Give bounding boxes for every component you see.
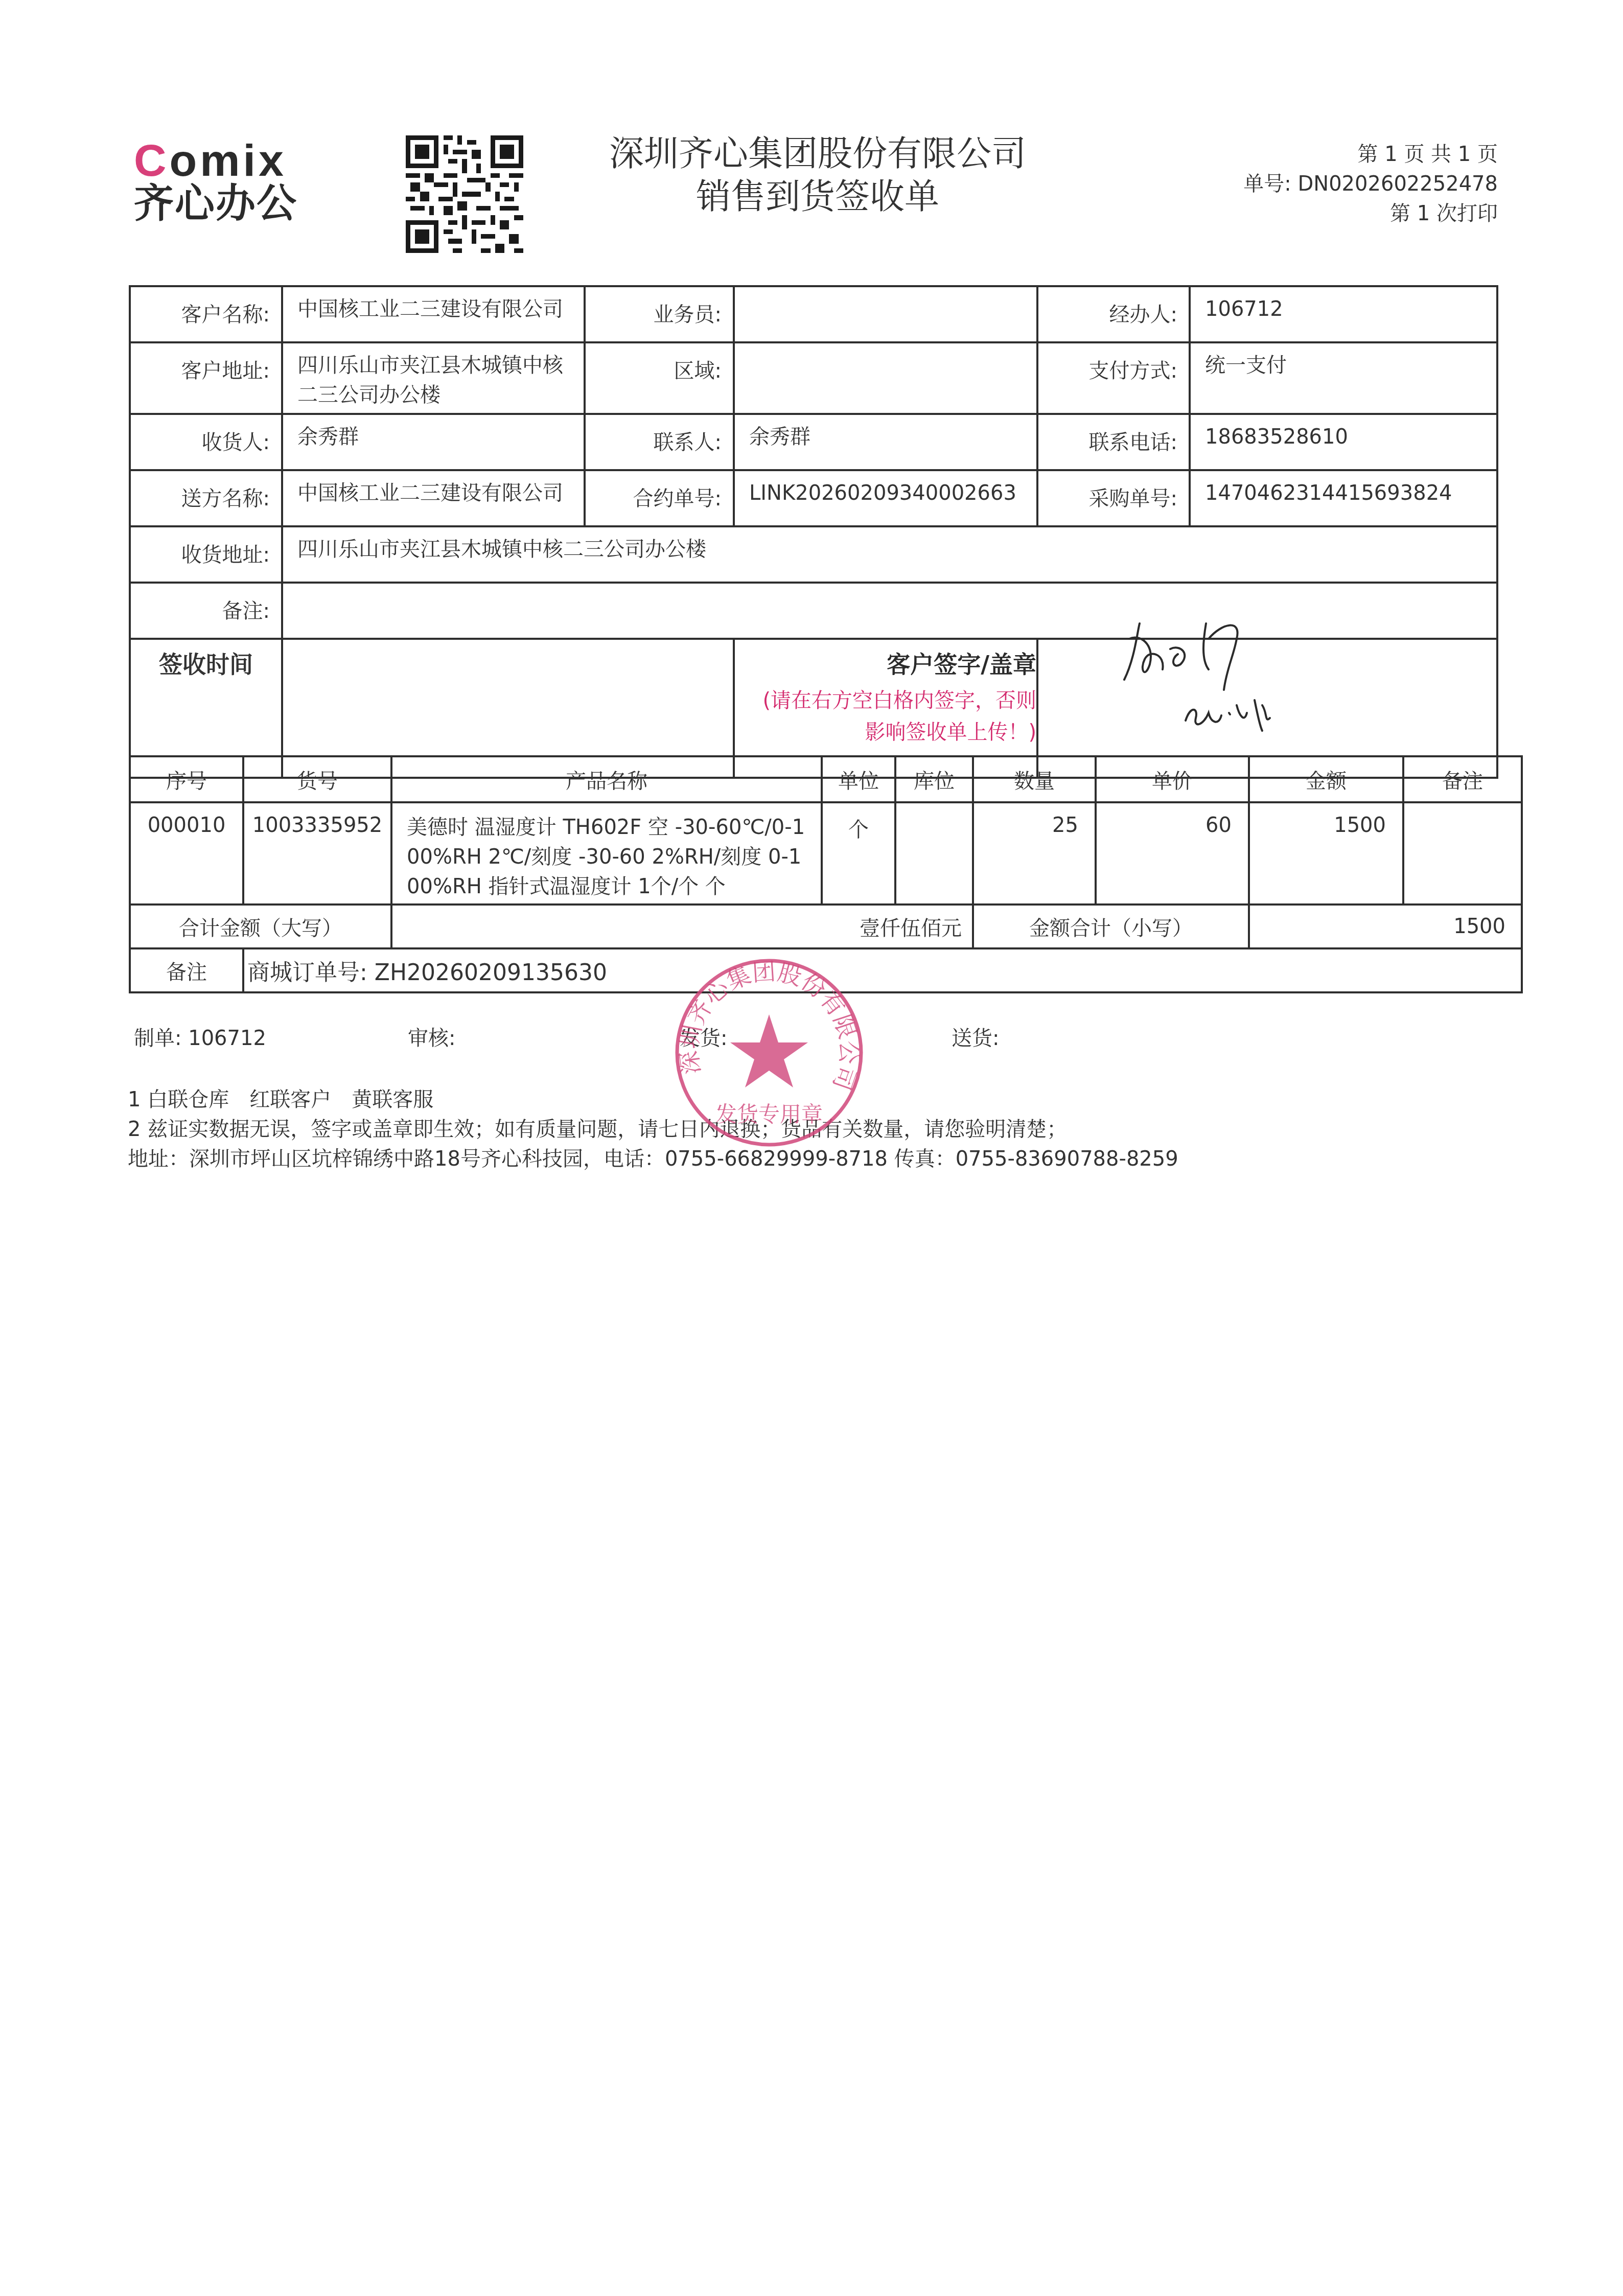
item-remark xyxy=(1403,802,1522,905)
maker-label: 制单: xyxy=(134,1027,181,1050)
column-header-remark: 备注 xyxy=(1403,756,1522,802)
maker-value: 106712 xyxy=(188,1027,266,1050)
column-header-seq: 序号 xyxy=(130,756,243,802)
item-amount: 1500 xyxy=(1249,802,1403,905)
logo-brand-text: omix xyxy=(170,135,287,185)
page-info: 第 1 页 共 1 页 xyxy=(1358,144,1498,165)
company-address: 地址：深圳市坪山区坑梓锦绣中路18号齐心科技园，电话：0755-66829999… xyxy=(128,1149,1178,1169)
order-number-value: DN0202602252478 xyxy=(1297,172,1498,196)
total-upper-value: 壹仟伍佰元 xyxy=(391,905,973,948)
salesperson-label: 业务员: xyxy=(585,286,734,342)
customer-sign-label: 客户签字/盖章 xyxy=(745,646,1036,680)
column-header-sku: 货号 xyxy=(243,756,391,802)
sender-label: 送方名称: xyxy=(130,470,282,526)
column-header-quantity: 数量 xyxy=(973,756,1096,802)
copy-distribution-note: 1 白联仓库 红联客户 黄联客服 xyxy=(128,1089,433,1110)
region-value xyxy=(734,342,1037,414)
contract-no-value: LINK20260209340002663 xyxy=(734,470,1037,526)
svg-text:发货专用章: 发货专用章 xyxy=(715,1102,823,1127)
order-remark-label: 备注 xyxy=(130,948,243,992)
print-count: 第 1 次打印 xyxy=(1390,203,1498,224)
remark-label: 备注: xyxy=(130,583,282,639)
logo-cn-text: 齐心办公 xyxy=(134,184,297,224)
document-title: 销售到货签收单 xyxy=(562,180,1073,215)
total-lower-value: 1500 xyxy=(1249,905,1522,948)
table-row: 收货人: 余秀群 联系人: 余秀群 联系电话: 18683528610 xyxy=(130,414,1497,470)
validity-note: 2 兹证实数据无误，签字或盖章即生效；如有质量问题，请七日内退换；货品有关数量，… xyxy=(128,1119,1067,1140)
region-label: 区域: xyxy=(585,342,734,414)
signature-icon xyxy=(1109,603,1375,741)
company-name: 深圳齐心集团股份有限公司 xyxy=(562,137,1073,172)
deliver-label: 送货: xyxy=(952,1028,999,1049)
logo-initial: C xyxy=(134,135,170,185)
column-header-product-name: 产品名称 xyxy=(391,756,822,802)
total-upper-label: 合计金额（大写） xyxy=(130,905,391,948)
table-row: 000010 1003335952 美德时 温湿度计 TH602F 空 -30-… xyxy=(130,802,1522,905)
customer-address-value: 四川乐山市夹江县木城镇中核二三公司办公楼 xyxy=(282,342,585,414)
order-number: 单号: DN0202602252478 xyxy=(1243,174,1498,194)
totals-row: 合计金额（大写） 壹仟伍佰元 金额合计（小写） 1500 xyxy=(130,905,1522,948)
customer-address-label: 客户地址: xyxy=(130,342,282,414)
purchase-no-value: 1470462314415693824 xyxy=(1190,470,1497,526)
column-header-unit: 单位 xyxy=(822,756,895,802)
delivery-address-label: 收货地址: xyxy=(130,526,282,583)
table-header-row: 序号 货号 产品名称 单位 库位 数量 单价 金额 备注 xyxy=(130,756,1522,802)
handler-value: 106712 xyxy=(1190,286,1497,342)
payment-method-label: 支付方式: xyxy=(1037,342,1190,414)
comix-logo: Comix xyxy=(134,138,287,183)
table-row: 客户名称: 中国核工业二三建设有限公司 业务员: 经办人: 106712 xyxy=(130,286,1497,342)
mall-order-number: 商城订单号: ZH20260209135630 xyxy=(243,948,1522,992)
phone-value: 18683528610 xyxy=(1190,414,1497,470)
salesperson-value xyxy=(734,286,1037,342)
table-row: 客户地址: 四川乐山市夹江县木城镇中核二三公司办公楼 区域: 支付方式: 统一支… xyxy=(130,342,1497,414)
item-unit: 个 xyxy=(822,802,895,905)
customer-name-label: 客户名称: xyxy=(130,286,282,342)
contract-no-label: 合约单号: xyxy=(585,470,734,526)
sign-instruction: (请在右方空白格内签字，否则影响签收单上传！) xyxy=(745,685,1036,748)
payment-method-value: 统一支付 xyxy=(1190,342,1497,414)
receiver-label: 收货人: xyxy=(130,414,282,470)
item-unit-price: 60 xyxy=(1096,802,1249,905)
sender-value: 中国核工业二三建设有限公司 xyxy=(282,470,585,526)
table-row: 收货地址: 四川乐山市夹江县木城镇中核二三公司办公楼 xyxy=(130,526,1497,583)
order-number-label: 单号: xyxy=(1243,172,1291,196)
company-stamp-icon: 深圳齐心集团股份有限公司 发货专用章 xyxy=(667,950,871,1155)
item-seq: 000010 xyxy=(130,802,243,905)
item-location xyxy=(895,802,973,905)
customer-name-value: 中国核工业二三建设有限公司 xyxy=(282,286,585,342)
item-quantity: 25 xyxy=(973,802,1096,905)
maker: 制单: 106712 xyxy=(134,1028,266,1049)
delivery-address-value: 四川乐山市夹江县木城镇中核二三公司办公楼 xyxy=(282,526,1497,583)
column-header-amount: 金额 xyxy=(1249,756,1403,802)
column-header-location: 库位 xyxy=(895,756,973,802)
item-sku: 1003335952 xyxy=(243,802,391,905)
contact-label: 联系人: xyxy=(585,414,734,470)
purchase-no-label: 采购单号: xyxy=(1037,470,1190,526)
column-header-unit-price: 单价 xyxy=(1096,756,1249,802)
review-label: 审核: xyxy=(408,1028,455,1049)
handler-label: 经办人: xyxy=(1037,286,1190,342)
item-product-name: 美德时 温湿度计 TH602F 空 -30-60℃/0-100%RH 2℃/刻度… xyxy=(391,802,822,905)
contact-value: 余秀群 xyxy=(734,414,1037,470)
total-lower-label: 金额合计（小写） xyxy=(973,905,1249,948)
phone-label: 联系电话: xyxy=(1037,414,1190,470)
table-row: 送方名称: 中国核工业二三建设有限公司 合约单号: LINK2026020934… xyxy=(130,470,1497,526)
qr-code-icon xyxy=(405,135,524,253)
receiver-value: 余秀群 xyxy=(282,414,585,470)
